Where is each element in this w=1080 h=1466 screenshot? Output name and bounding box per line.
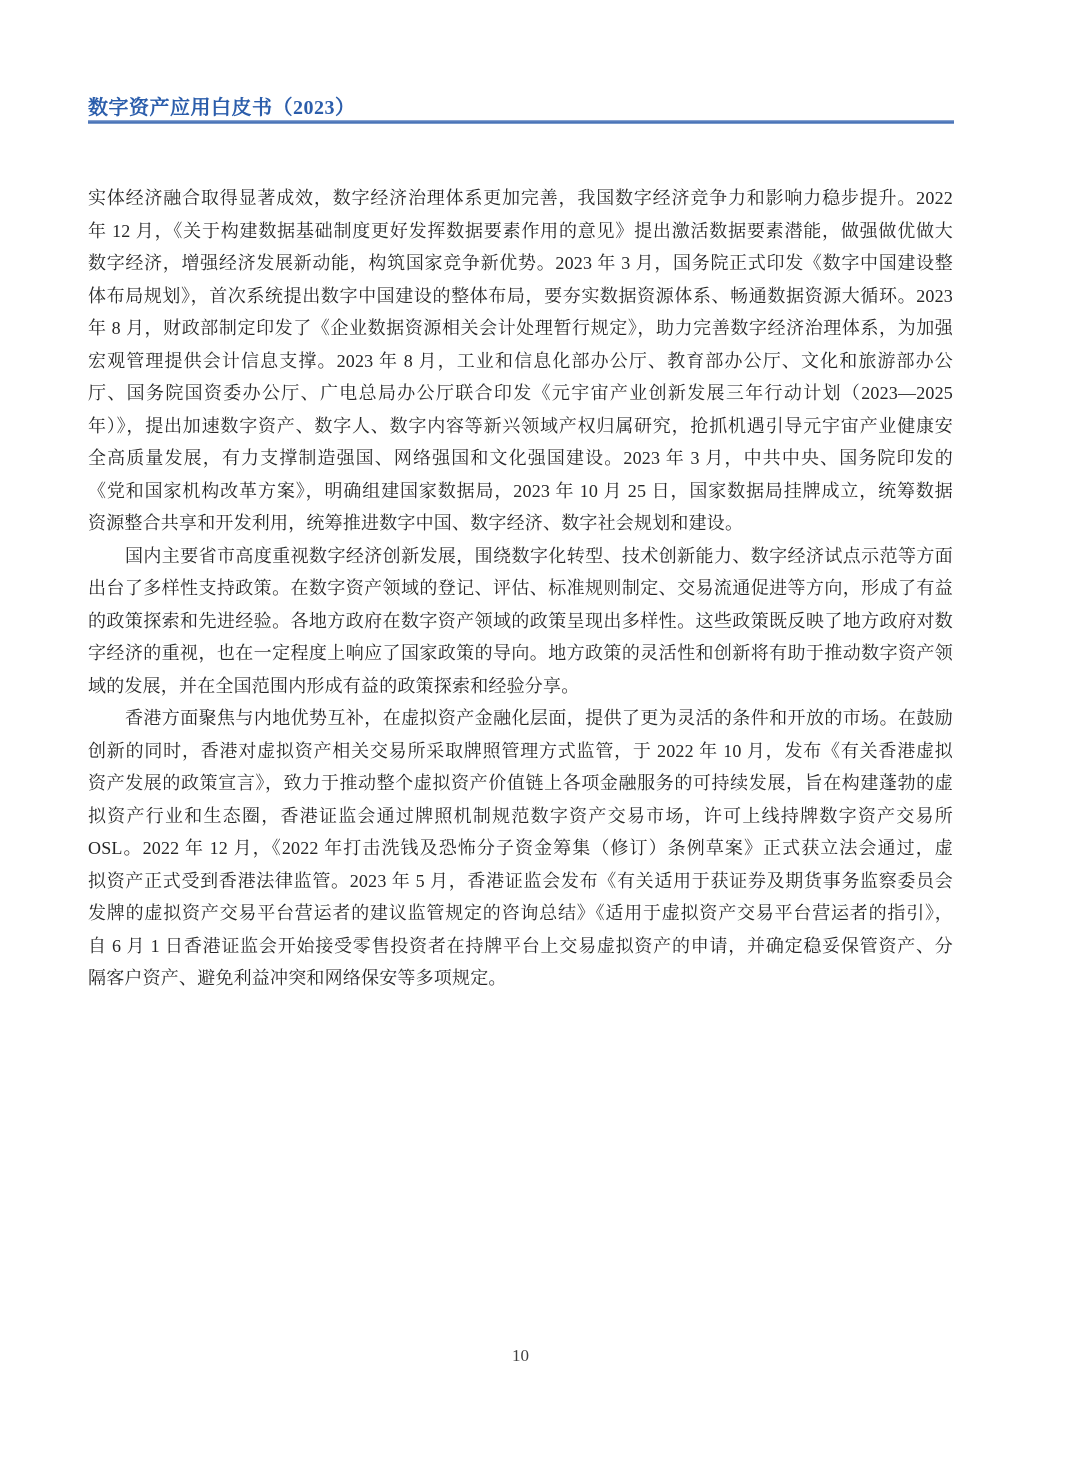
- text-line: 厅、国务院国资委办公厅、广电总局办公厅联合印发《元宇宙产业创新发展三年行动计划（…: [88, 377, 953, 410]
- page-number: 10: [512, 1346, 529, 1365]
- text-line: 字经济的重视，也在一定程度上响应了国家政策的导向。地方政策的灵活性和创新将有助于…: [88, 637, 953, 670]
- text-line: 数字经济，增强经济发展新动能，构筑国家竞争新优势。2023 年 3 月，国务院正…: [88, 247, 953, 280]
- document-body: 实体经济融合取得显著成效，数字经济治理体系更加完善，我国数字经济竞争力和影响力稳…: [88, 182, 953, 995]
- text-line: OSL。2022 年 12 月，《2022 年打击洗钱及恐怖分子资金筹集（修订）…: [88, 832, 953, 865]
- text-line: 国内主要省市高度重视数字经济创新发展，围绕数字化转型、技术创新能力、数字经济试点…: [88, 540, 953, 573]
- text-line: 出台了多样性支持政策。在数字资产领域的登记、评估、标准规则制定、交易流通促进等方…: [88, 572, 953, 605]
- text-line: 年 8 月，财政部制定印发了《企业数据资源相关会计处理暂行规定》，助力完善数字经…: [88, 312, 953, 345]
- text-line: 拟资产正式受到香港法律监管。2023 年 5 月，香港证监会发布《有关适用于获证…: [88, 865, 953, 898]
- text-line: 《党和国家机构改革方案》，明确组建国家数据局，2023 年 10 月 25 日，…: [88, 475, 953, 508]
- text-line: 的政策探索和先进经验。各地方政府在数字资产领域的政策呈现出多样性。这些政策既反映…: [88, 605, 953, 638]
- text-line: 香港方面聚焦与内地优势互补，在虚拟资产金融化层面，提供了更为灵活的条件和开放的市…: [88, 702, 953, 735]
- text-line: 域的发展，并在全国范围内形成有益的政策探索和经验分享。: [88, 670, 953, 703]
- text-line: 宏观管理提供会计信息支撑。2023 年 8 月，工业和信息化部办公厅、教育部办公…: [88, 345, 953, 378]
- text-line: 隔客户资产、避免利益冲突和网络保安等多项规定。: [88, 962, 953, 995]
- document-page: 数字资产应用白皮书（2023） 实体经济融合取得显著成效，数字经济治理体系更加完…: [0, 0, 1080, 1466]
- text-line: 体布局规划》，首次系统提出数字中国建设的整体布局，要夯实数据资源体系、畅通数据资…: [88, 280, 953, 313]
- text-line: 拟资产行业和生态圈，香港证监会通过牌照机制规范数字资产交易市场，许可上线持牌数字…: [88, 800, 953, 833]
- text-line: 自 6 月 1 日香港证监会开始接受零售投资者在持牌平台上交易虚拟资产的申请，并…: [88, 930, 953, 963]
- page-footer: 10: [88, 1346, 953, 1366]
- header-rule: [88, 120, 954, 124]
- text-line: 发牌的虚拟资产交易平台营运者的建议监管规定的咨询总结》《适用于虚拟资产交易平台营…: [88, 897, 953, 930]
- text-line: 实体经济融合取得显著成效，数字经济治理体系更加完善，我国数字经济竞争力和影响力稳…: [88, 182, 953, 215]
- text-line: 年）》，提出加速数字资产、数字人、数字内容等新兴领域产权归属研究，抢抓机遇引导元…: [88, 410, 953, 443]
- text-line: 资产发展的政策宣言》，致力于推动整个虚拟资产价值链上各项金融服务的可持续发展，旨…: [88, 767, 953, 800]
- text-line: 资源整合共享和开发利用，统筹推进数字中国、数字经济、数字社会规划和建设。: [88, 507, 953, 540]
- text-line: 年 12 月，《关于构建数据基础制度更好发挥数据要素作用的意见》提出激活数据要素…: [88, 215, 953, 248]
- text-line: 创新的同时，香港对虚拟资产相关交易所采取牌照管理方式监管，于 2022 年 10…: [88, 735, 953, 768]
- header-title: 数字资产应用白皮书（2023）: [88, 91, 954, 120]
- text-line: 全高质量发展，有力支撑制造强国、网络强国和文化强国建设。2023 年 3 月，中…: [88, 442, 953, 475]
